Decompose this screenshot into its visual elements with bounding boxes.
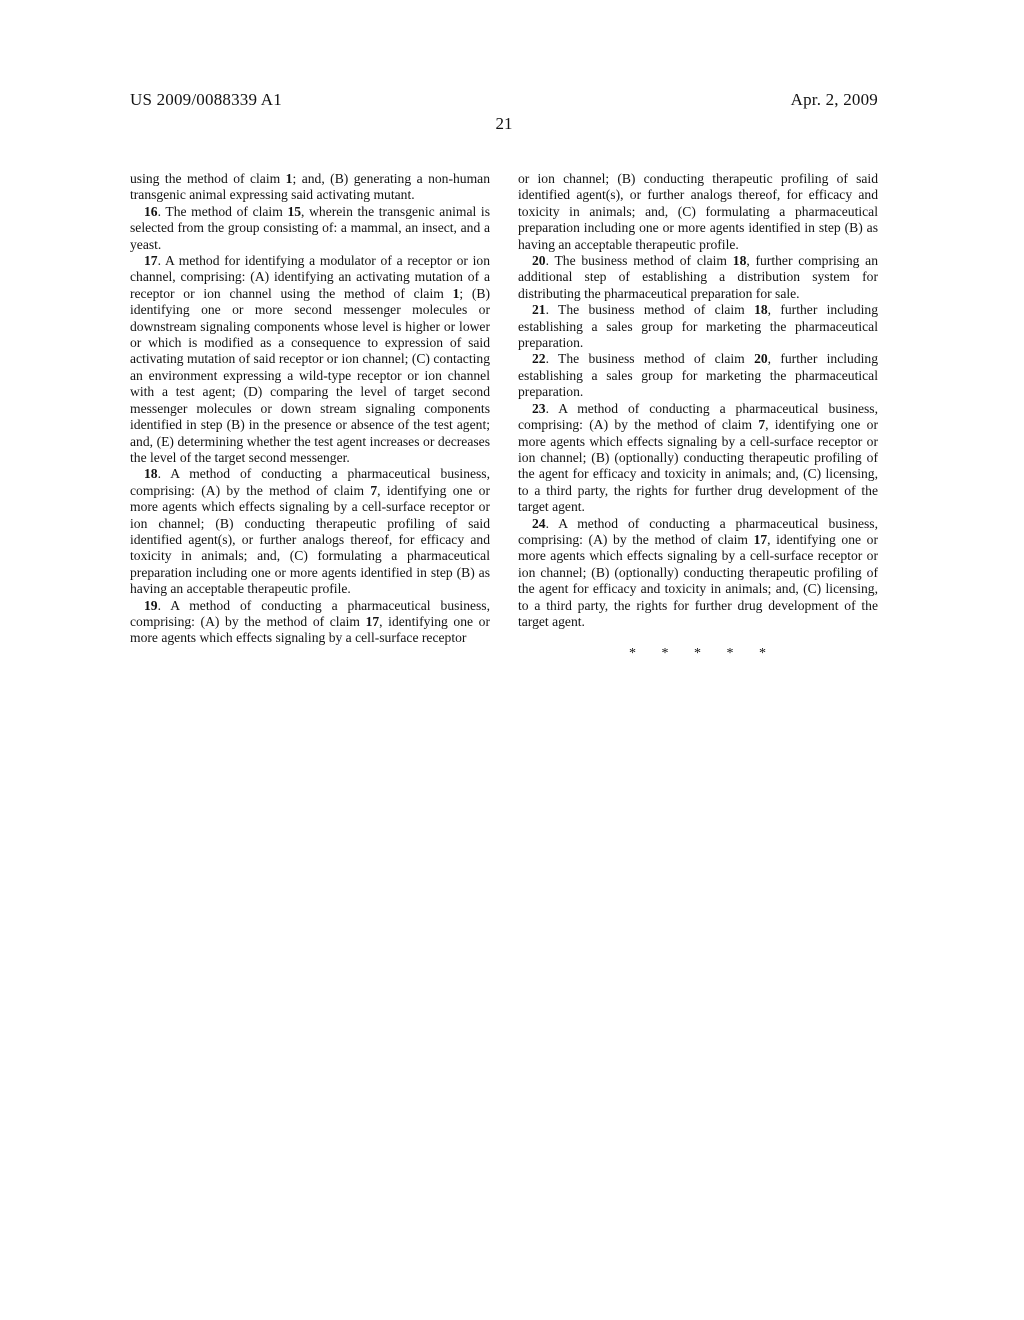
claim-paragraph: 17. A method for identifying a modulator… <box>130 253 490 466</box>
claim-number: 23 <box>532 401 546 416</box>
claim-text: . The method of claim <box>158 204 288 219</box>
claim-number: 15 <box>287 204 301 219</box>
claim-paragraph: 18. A method of conducting a pharmaceuti… <box>130 466 490 597</box>
claim-number: 21 <box>532 302 546 317</box>
claim-number: 17 <box>754 532 768 547</box>
right-column: or ion channel; (B) conducting therapeut… <box>518 171 878 663</box>
claim-text: . A method for identifying a modulator o… <box>130 253 490 301</box>
end-of-claims-asterisks: * * * * * <box>518 646 878 662</box>
claim-paragraph: 23. A method of conducting a pharmaceuti… <box>518 401 878 516</box>
claim-paragraph: 19. A method of conducting a pharmaceuti… <box>130 598 490 647</box>
publication-date: Apr. 2, 2009 <box>791 90 878 110</box>
claim-text: . The business method of claim <box>546 253 733 268</box>
claims-body: using the method of claim 1; and, (B) ge… <box>130 171 878 663</box>
claim-number: 18 <box>733 253 747 268</box>
page-header: US 2009/0088339 A1 Apr. 2, 2009 <box>130 90 878 110</box>
claim-paragraph: 20. The business method of claim 18, fur… <box>518 253 878 302</box>
claim-number: 16 <box>144 204 158 219</box>
claim-paragraph: 16. The method of claim 15, wherein the … <box>130 204 490 253</box>
claim-paragraph: or ion channel; (B) conducting therapeut… <box>518 171 878 253</box>
claim-number: 18 <box>754 302 768 317</box>
claim-number: 17 <box>366 614 380 629</box>
claim-text: . The business method of claim <box>546 351 754 366</box>
claim-text: . The business method of claim <box>546 302 754 317</box>
claim-text: , identifying one or more agents which e… <box>130 483 490 596</box>
claim-text: or ion channel; (B) conducting therapeut… <box>518 171 878 252</box>
publication-number: US 2009/0088339 A1 <box>130 90 282 110</box>
claim-number: 17 <box>144 253 158 268</box>
left-column: using the method of claim 1; and, (B) ge… <box>130 171 490 663</box>
claim-paragraph: using the method of claim 1; and, (B) ge… <box>130 171 490 204</box>
claim-paragraph: 21. The business method of claim 18, fur… <box>518 302 878 351</box>
claim-text: ; (B) identifying one or more second mes… <box>130 286 490 465</box>
page-number: 21 <box>130 114 878 134</box>
claim-number: 20 <box>754 351 768 366</box>
claim-paragraph: 24. A method of conducting a pharmaceuti… <box>518 516 878 631</box>
claim-number: 24 <box>532 516 546 531</box>
claim-number: 22 <box>532 351 546 366</box>
claim-number: 20 <box>532 253 546 268</box>
claim-number: 18 <box>144 466 158 481</box>
patent-page: US 2009/0088339 A1 Apr. 2, 2009 21 using… <box>0 0 1024 1320</box>
claim-paragraph: 22. The business method of claim 20, fur… <box>518 351 878 400</box>
claim-text: using the method of claim <box>130 171 286 186</box>
claim-number: 19 <box>144 598 158 613</box>
